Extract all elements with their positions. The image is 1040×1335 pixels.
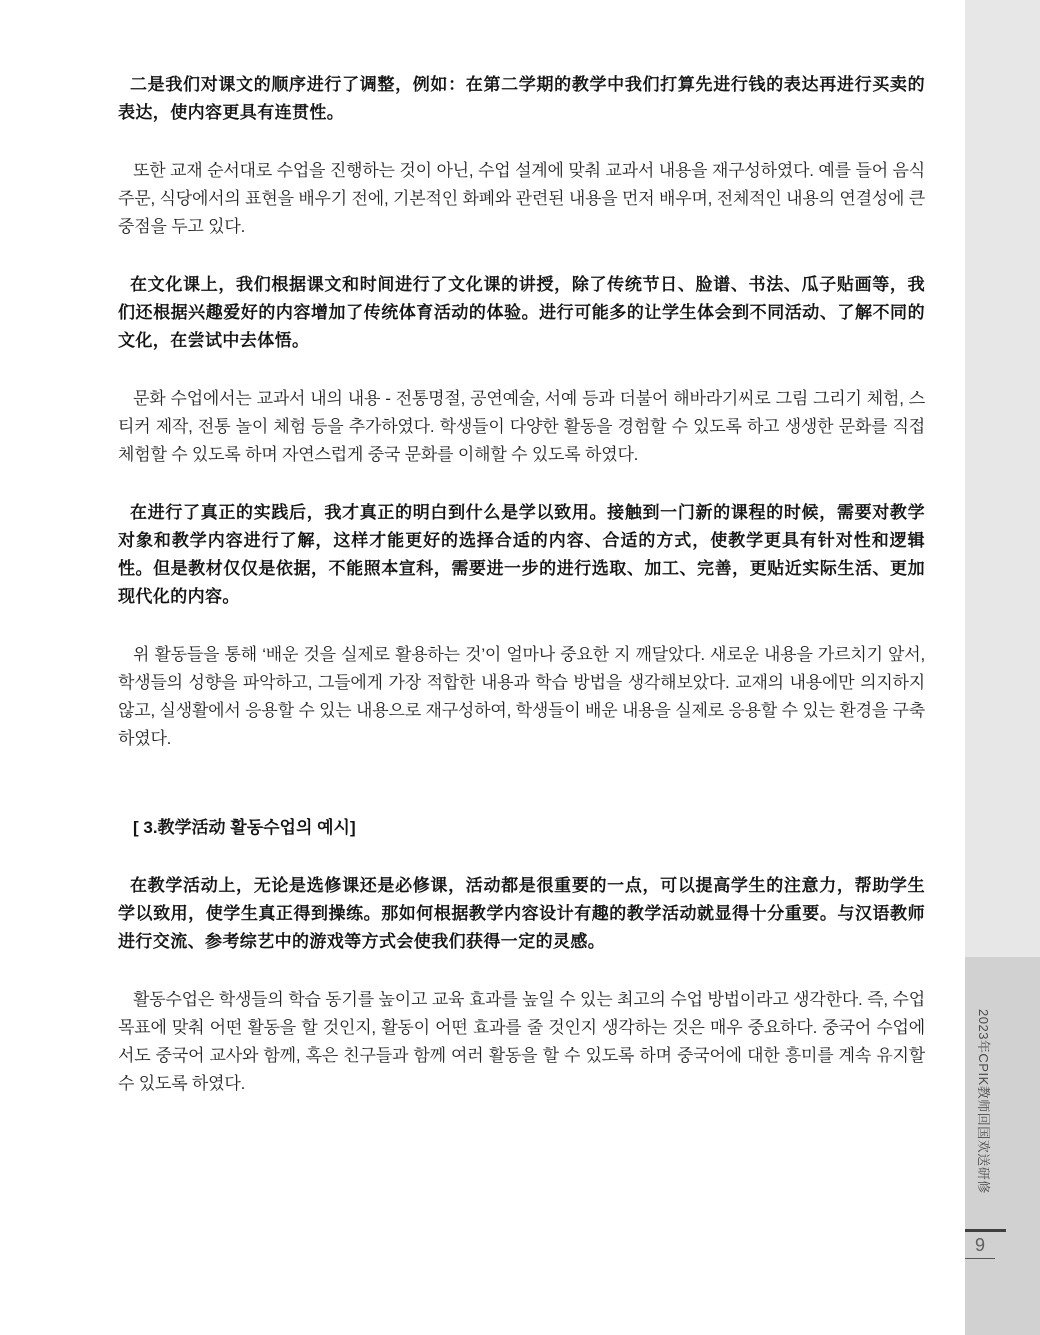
page-number-rule-bottom (965, 1258, 995, 1259)
paragraph-ko-2: 문화 수업에서는 교과서 내의 내용 - 전통명절, 공연예술, 서예 등과 더… (118, 385, 925, 469)
paragraph-ko-1: 또한 교재 순서대로 수업을 진행하는 것이 아닌, 수업 설계에 맞춰 교과서… (118, 157, 925, 241)
paragraph-zh-2: 在文化课上，我们根据课文和时间进行了文化课的讲授，除了传统节日、脸谱、书法、瓜子… (118, 271, 925, 355)
page-number-block: 9 (965, 1229, 1006, 1259)
sidebar-strip-top (965, 0, 1040, 957)
spine-title: 2023年CPIK教师回国欢送研修 (976, 1009, 990, 1194)
paragraph-ko-3: 위 활동들을 통해 ‘배운 것을 실제로 활용하는 것’이 얼마나 중요한 지 … (118, 641, 925, 753)
paragraph-zh-1: 二是我们对课文的顺序进行了调整，例如：在第二学期的教学中我们打算先进行钱的表达再… (118, 71, 925, 127)
paragraph-zh-4: 在教学活动上，无论是选修课还是必修课，活动都是很重要的一点，可以提高学生的注意力… (118, 872, 925, 956)
paragraph-zh-3: 在进行了真正的实践后，我才真正的明白到什么是学以致用。接触到一门新的课程的时候，… (118, 499, 925, 611)
page-number: 9 (965, 1232, 995, 1258)
section-heading: [ 3.教学活动 활동수업의 예시] (118, 814, 925, 842)
document-content: 二是我们对课文的顺序进行了调整，例如：在第二学期的教学中我们打算先进行钱的表达再… (118, 71, 925, 1128)
paragraph-ko-4: 활동수업은 학생들의 학습 동기를 높이고 교육 효과를 높일 수 있는 최고의… (118, 986, 925, 1098)
